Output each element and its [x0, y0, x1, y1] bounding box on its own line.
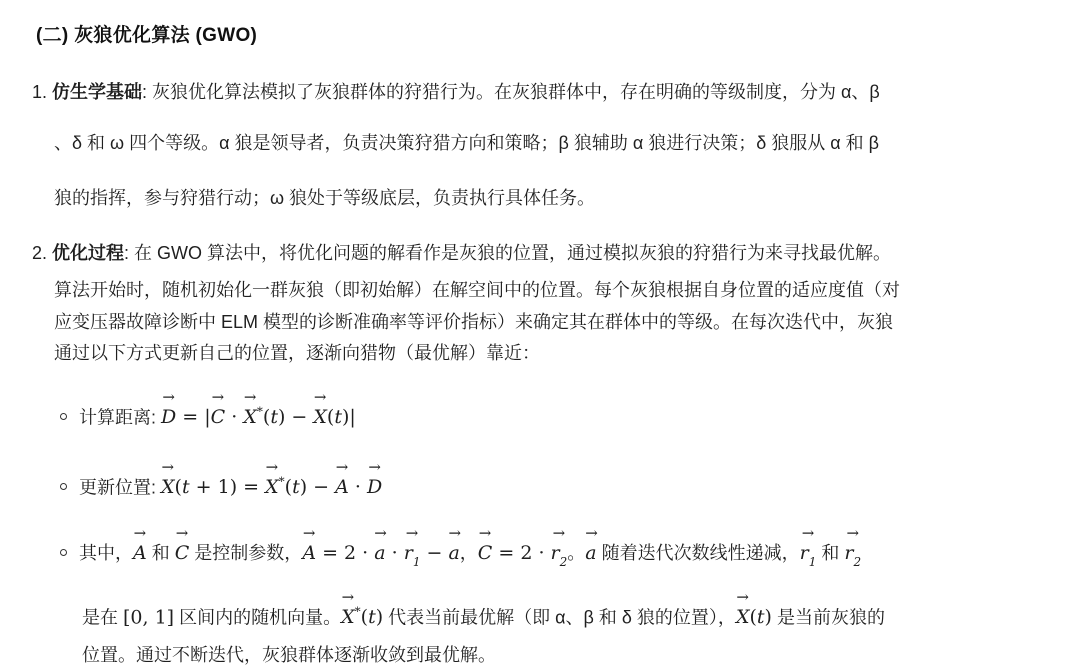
- current-position: X(t): [736, 606, 772, 628]
- document-page: (二) 灰狼优化算法 (GWO) 1. 仿生学基础: 灰狼优化算法模拟了灰狼群体…: [0, 0, 1080, 670]
- item2-line3: 应变压器故障诊断中 ELM 模型的诊断准确率等评价指标）来确定其在群体中的等级。…: [54, 310, 893, 334]
- text: 是在: [82, 607, 123, 627]
- distance-formula: D = |C · X*(t) − X(t)|: [161, 406, 356, 428]
- vector-C: C: [175, 541, 190, 565]
- item1-line3: 狼的指挥，参与狩猎行动；ω 狼处于等级底层，负责执行具体任务。: [54, 186, 595, 210]
- text: 随着迭代次数线性递减，: [597, 543, 800, 563]
- item1-heading: 仿生学基础: [52, 82, 142, 102]
- text: 和: [816, 543, 844, 563]
- interval: [0, 1]: [123, 606, 174, 628]
- vector-r2: r2: [844, 541, 861, 572]
- text: 代表当前最优解（即 α、β 和 δ 狼的位置），: [383, 607, 736, 627]
- bullet-circle-icon: [60, 549, 67, 556]
- item1-text-1: : 灰狼优化算法模拟了灰狼群体的狩猎行为。在灰狼群体中，存在明确的等级制度，分为…: [142, 82, 880, 102]
- item1-line2: 、δ 和 ω 四个等级。α 狼是领导者，负责决策狩猎方向和策略；β 狼辅助 α …: [54, 131, 879, 155]
- item1-line1: 1. 仿生学基础: 灰狼优化算法模拟了灰狼群体的狩猎行为。在灰狼群体中，存在明确…: [32, 80, 880, 104]
- item2-line2: 算法开始时，随机初始化一群灰狼（即初始解）在解空间中的位置。每个灰狼根据自身位置…: [54, 278, 900, 302]
- bullet-distance-label: 计算距离:: [79, 407, 161, 427]
- bullet-distance: 计算距离: D = |C · X*(t) − X(t)|: [60, 400, 356, 429]
- item2-text-1: : 在 GWO 算法中，将优化问题的解看作是灰狼的位置，通过模拟灰狼的狩猎行为来…: [124, 243, 891, 263]
- bullet-params-line2: 是在 [0, 1] 区间内的随机向量。X*(t) 代表当前最优解（即 α、β 和…: [82, 600, 885, 629]
- bullet-params-line3: 位置。通过不断迭代，灰狼群体逐渐收敛到最优解。: [82, 643, 496, 667]
- text: 是控制参数，: [189, 543, 302, 563]
- section-title: (二) 灰狼优化算法 (GWO): [36, 20, 257, 47]
- item2-heading: 优化过程: [52, 243, 124, 263]
- vector-A: A: [133, 541, 147, 565]
- comma: ，: [460, 543, 478, 563]
- bullet-circle-icon: [60, 483, 67, 490]
- item1-number: 1.: [32, 82, 47, 102]
- item2-line4: 通过以下方式更新自己的位置，逐渐向猎物（最优解）靠近：: [54, 341, 540, 365]
- bullet-update: 更新位置: X(t + 1) = X*(t) − A · D: [60, 470, 382, 499]
- vector-r1: r1: [800, 541, 817, 572]
- item2-number: 2.: [32, 243, 47, 263]
- bullet-params: 其中，A 和 C 是控制参数，A = 2 · a · r1 − a，C = 2 …: [60, 541, 861, 572]
- text: 和: [147, 543, 175, 563]
- item2-line1: 2. 优化过程: 在 GWO 算法中，将优化问题的解看作是灰狼的位置，通过模拟灰…: [32, 241, 891, 265]
- bullet-update-label: 更新位置:: [79, 477, 161, 497]
- C-formula: C = 2 · r2: [478, 542, 568, 564]
- text: 是当前灰狼的: [772, 607, 885, 627]
- bullet-circle-icon: [60, 413, 67, 420]
- bullet-params-label: 其中，: [79, 543, 133, 563]
- update-formula: X(t + 1) = X*(t) − A · D: [161, 476, 382, 498]
- vector-a: a: [585, 541, 596, 565]
- A-formula: A = 2 · a · r1 − a: [302, 542, 459, 564]
- text: 。: [567, 543, 585, 563]
- text: 区间内的随机向量。: [174, 607, 341, 627]
- best-solution: X*(t): [341, 606, 383, 628]
